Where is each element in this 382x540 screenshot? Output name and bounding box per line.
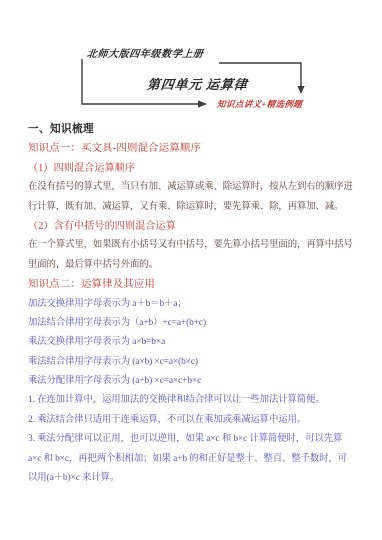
text-line: 里面的，最后算中括号外面的。: [28, 256, 358, 275]
text-line: 以用(a＋b)×c 来计算。: [28, 469, 358, 488]
subtitle-label: 知识点讲义+精选例题: [216, 98, 303, 110]
text-line: （2）含有中括号的四则混合运算: [28, 217, 358, 236]
document-page: 北师大版四年级数学上册 第四单元 运算律 知识点讲义+精选例题 一、知识梳理知识…: [0, 0, 382, 540]
flow-arrow-left-head: [198, 100, 207, 107]
text-line: 乘法交换律用字母表示为 a×b=b×a: [28, 333, 358, 352]
content: 一、知识梳理知识点一：买文具-四则混合运算顺序（1）四则混合运算顺序在没有括号的…: [28, 120, 358, 488]
unit-title: 第四单元 运算律: [146, 74, 249, 93]
text-line: 行计算，既有加、减运算，又有乘、除运算时，要先算乘、除，再算加、减。: [28, 198, 358, 217]
text-line: a×c 和 b×c，再把两个积相加；如果 a+b 的和正好是整十、整百、整千数时…: [28, 450, 358, 469]
text-line: 乘法分配律用字母表示为 (a+b) ×c=a×c+b×c: [28, 372, 358, 391]
text-line: 知识点二：运算律及其应用: [28, 275, 358, 294]
flow-arrows: [0, 0, 382, 120]
text-line: 在没有括号的算式里，当只有加、减运算或乘、除运算时，按从左到右的顺序进: [28, 178, 358, 197]
text-line: 在一个算式里，如果既有小括号又有中括号，要先算小括号里面的，再算中括号: [28, 236, 358, 255]
content-lines: 一、知识梳理知识点一：买文具-四则混合运算顺序（1）四则混合运算顺序在没有括号的…: [28, 120, 358, 488]
flow-arrow-right-head: [297, 86, 304, 94]
text-line: 知识点一：买文具-四则混合运算顺序: [28, 139, 358, 158]
edition-label: 北师大版四年级数学上册: [86, 45, 204, 60]
text-line: 乘法结合律用字母表示为 (a×b) ×c=a×(b×c): [28, 353, 358, 372]
text-line: 3. 乘法分配律可以正用，也可以逆用，如果 a×c 和 b×c 计算简便时，可以…: [28, 430, 358, 449]
text-line: （1）四则混合运算顺序: [28, 159, 358, 178]
text-line: 1. 在连加计算中，运用加法的交换律和结合律可以让一些加法计算简便。: [28, 391, 358, 410]
text-line: 2. 乘法结合律只适用于连乘运算，不可以在乘加或乘减运算中运用。: [28, 411, 358, 430]
text-line: 加法交换律用字母表示为 a＋b＝b＋a；: [28, 295, 358, 314]
header-diagram: 北师大版四年级数学上册 第四单元 运算律 知识点讲义+精选例题: [0, 0, 382, 120]
text-line: 一、知识梳理: [28, 120, 358, 139]
text-line: 加法结合律用字母表示为（a+b）+c=a+(b+c): [28, 314, 358, 333]
